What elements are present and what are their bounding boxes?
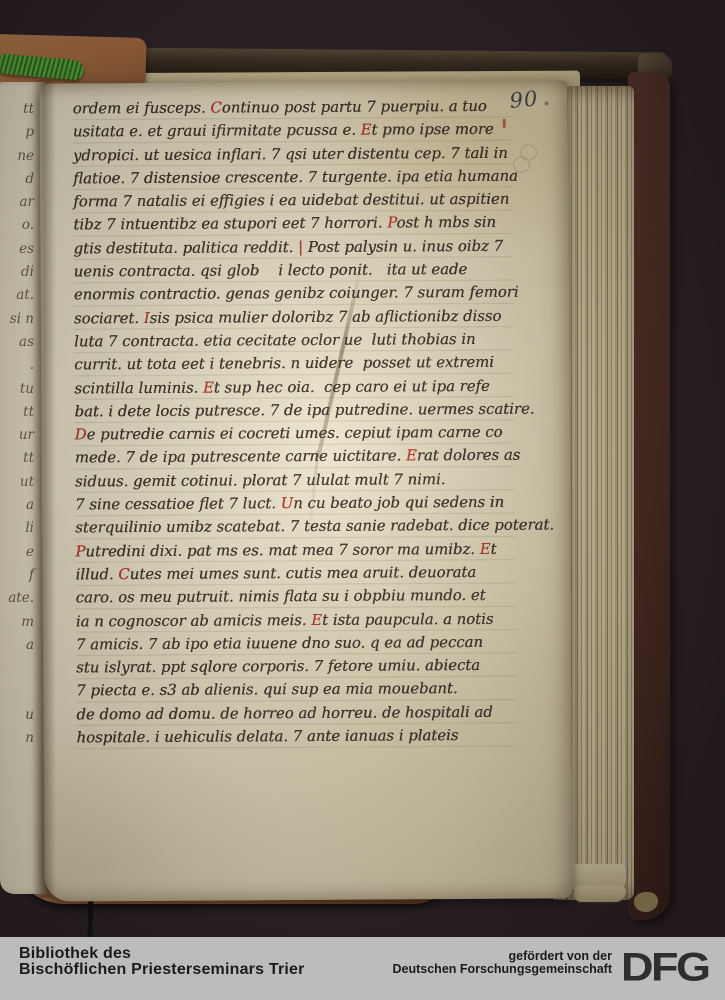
left-page-fragment: ate. xyxy=(0,587,34,610)
rubric-segment: P xyxy=(75,542,85,560)
text-segment: de domo ad domu. de horreo ad horreu. de… xyxy=(76,703,492,724)
rubric-segment: C xyxy=(210,99,221,117)
manuscript-line: ydropici. ut uesica inflari. 7 qsi uter … xyxy=(73,141,509,167)
text-segment: 7 sine cessatioe flet 7 luct. xyxy=(75,494,281,513)
right-cover-edge xyxy=(628,72,670,920)
library-name-line2: Bischöflichen Priesterseminars Trier xyxy=(19,962,305,978)
text-segment: 7 piecta e. s3 ab alienis. qui sup ea mi… xyxy=(76,679,458,699)
rubric-segment: E xyxy=(311,610,322,628)
rubric-segment: E xyxy=(203,378,214,396)
manuscript-line: De putredie carnis ei cocreti umes. cepi… xyxy=(75,421,511,447)
rubric-segment: D xyxy=(75,425,87,443)
left-page-fragment: u xyxy=(0,704,34,727)
left-page-fragment: a xyxy=(0,634,34,657)
left-page-fragment: d xyxy=(0,168,34,191)
text-segment: enormis contractio. genas genibz coiunge… xyxy=(74,283,519,304)
text-segment: illud. xyxy=(75,565,118,583)
text-segment: Post palysin u. inus oibz 7 xyxy=(308,237,503,256)
left-page-fragment: . xyxy=(0,354,34,377)
manuscript-line: flatioe. 7 distensioe crescente. 7 turge… xyxy=(73,165,509,191)
manuscript-page: 90 ordem ei fusceps. Continuo post partu… xyxy=(40,80,573,901)
manuscript-line: ia n cognoscor ab amicis meis. Et ista p… xyxy=(76,607,512,633)
left-page-fragment: tu xyxy=(0,378,34,401)
text-segment: scintilla luminis. xyxy=(74,378,203,397)
gutter-shadow xyxy=(32,80,56,898)
text-segment: hospitale. i uehiculis delata. 7 ante ia… xyxy=(76,726,458,746)
left-page-fragment: n xyxy=(0,727,34,750)
manuscript-line: stu islyrat. ppt sqlore corporis. 7 feto… xyxy=(76,654,512,680)
text-segment: uenis contracta. qsi glob i lecto ponit.… xyxy=(74,260,468,280)
text-segment: rat dolores as xyxy=(417,446,521,465)
text-segment: sis psica mulier doloribz 7 ab afliction… xyxy=(150,306,502,326)
text-segment: sterquilinio umibz scatebat. 7 testa san… xyxy=(75,516,554,537)
left-page-fragment: e xyxy=(0,541,34,564)
text-segment: mede. 7 de ipa putrescente carne uictita… xyxy=(75,447,406,467)
left-page-fragment: si n xyxy=(0,308,34,331)
left-page-fragment: li xyxy=(0,517,34,540)
credit-banner: Bibliothek des Bischöflichen Priestersem… xyxy=(0,937,725,1000)
left-page-text-fragments: ttpnedaro.esdiat.si nas.tutturttutaliefa… xyxy=(0,98,34,750)
rubric-segment: C xyxy=(118,565,129,583)
library-name: Bibliothek des Bischöflichen Priestersem… xyxy=(19,946,305,977)
manuscript-line: hospitale. i uehiculis delata. 7 ante ia… xyxy=(76,724,512,750)
manuscript-line: gtis destituta. palitica reddit. | Post … xyxy=(73,235,509,261)
text-segment: ontinuo post partu 7 puerpiu. a tuo xyxy=(222,97,487,117)
manuscript-line: 7 amicis. 7 ab ipo etia iuuene dno suo. … xyxy=(76,631,512,657)
manuscript-line: bat. i dete locis putresce. 7 de ipa put… xyxy=(74,398,510,424)
manuscript-line: uenis contracta. qsi glob i lecto ponit.… xyxy=(74,258,510,284)
left-page-fragment: tt xyxy=(0,447,34,470)
manuscript-line: usitata e. et graui ifirmitate pcussa e.… xyxy=(73,118,509,144)
manuscript-line: illud. Cutes mei umes sunt. cutis mea ar… xyxy=(75,561,511,587)
manuscript-line: currit. ut tota eet i tenebris. n uidere… xyxy=(74,351,510,377)
folio-number: 90 xyxy=(509,86,540,113)
text-segment: utredini dixi. pat ms es. mat mea 7 soro… xyxy=(85,540,479,560)
text-segment: n cu beato job qui sedens in xyxy=(293,493,504,512)
rubric-segment: U xyxy=(281,494,294,512)
text-segment: flatioe. 7 distensioe crescente. 7 turge… xyxy=(73,167,518,188)
left-page-fragment: tt xyxy=(0,98,34,121)
text-segment: sociaret. xyxy=(74,309,144,327)
text-segment: ost h mbs sin xyxy=(397,213,497,232)
text-segment: ia n cognoscor ab amicis meis. xyxy=(76,611,312,630)
manuscript-line: 7 piecta e. s3 ab alienis. qui sup ea mi… xyxy=(76,677,512,703)
left-page-fragment: at. xyxy=(0,284,34,307)
text-segment: siduus. gemit cotinui. plorat 7 ululat m… xyxy=(75,470,446,490)
manuscript-line: mede. 7 de ipa putrescente carne uictita… xyxy=(75,444,511,470)
folio-dot xyxy=(545,102,549,106)
manuscript-line: sterquilinio umibz scatebat. 7 testa san… xyxy=(75,514,511,540)
text-segment: t ista paupcula. a notis xyxy=(322,609,493,628)
left-page-fragment: o. xyxy=(0,214,34,237)
left-page-fragment: es xyxy=(0,238,34,261)
manuscript-line: de domo ad domu. de horreo ad horreu. de… xyxy=(76,700,512,726)
left-page-fragment: ut xyxy=(0,471,34,494)
funding-credit: gefördert von der Deutschen Forschungsge… xyxy=(393,950,613,975)
text-segment: utes mei umes sunt. cutis mea aruit. deu… xyxy=(130,563,477,583)
manuscript-line: sociaret. Isis psica mulier doloribz 7 a… xyxy=(74,304,510,330)
text-segment: stu islyrat. ppt sqlore corporis. 7 feto… xyxy=(76,656,480,676)
rubric-segment: | xyxy=(298,238,308,256)
left-page-fragment: f xyxy=(0,564,34,587)
manuscript-line: tibz 7 intuentibz ea stupori eet 7 horro… xyxy=(73,211,509,237)
text-segment: forma 7 natalis ei effigies i ea uidebat… xyxy=(73,190,509,211)
text-segment: t xyxy=(490,539,496,557)
text-segment: gtis destituta. palitica reddit. xyxy=(73,238,298,257)
rubric-segment: E xyxy=(406,447,417,465)
left-page-fragment: ur xyxy=(0,424,34,447)
manuscript-line: scintilla luminis. Et sup hec oia. cep c… xyxy=(74,374,510,400)
funding-credit-line1: gefördert von der xyxy=(393,950,613,963)
left-page-fragment: tt xyxy=(0,401,34,424)
text-segment: tibz 7 intuentibz ea stupori eet 7 horro… xyxy=(73,214,387,234)
left-page-fragment: a xyxy=(0,494,34,517)
rubric-segment: E xyxy=(361,121,372,139)
manuscript-line: Putredini dixi. pat ms es. mat mea 7 sor… xyxy=(75,537,511,563)
funding-credit-line2: Deutschen Forschungsgemeinschaft xyxy=(393,963,613,976)
manuscript-line: luta 7 contracta. etia cecitate oclor ue… xyxy=(74,328,510,354)
left-page-fragment: ar xyxy=(0,191,34,214)
manuscript-line: siduus. gemit cotinui. plorat 7 ululat m… xyxy=(75,468,511,494)
worn-leather-patch xyxy=(634,892,658,912)
manuscript-text-block: ordem ei fusceps. Continuo post partu 7 … xyxy=(73,95,517,750)
manuscript-line: forma 7 natalis ei effigies i ea uidebat… xyxy=(73,188,509,214)
manuscript-line: enormis contractio. genas genibz coiunge… xyxy=(74,281,510,307)
left-page-fragment: ne xyxy=(0,145,34,168)
text-segment: e putredie carnis ei cocreti umes. cepiu… xyxy=(87,423,503,444)
rubric-segment: E xyxy=(480,540,491,558)
left-page-fragment: m xyxy=(0,611,34,634)
manuscript-line: caro. os meu putruit. nimis flata su i o… xyxy=(76,584,512,610)
library-name-line1: Bibliothek des xyxy=(19,946,305,962)
text-segment: usitata e. et graui ifirmitate pcussa e. xyxy=(73,121,361,141)
text-segment: currit. ut tota eet i tenebris. n uidere… xyxy=(74,353,494,374)
photo-stage: ttpnedaro.esdiat.si nas.tutturttutaliefa… xyxy=(0,0,725,1000)
left-page-fragment: di xyxy=(0,261,34,284)
left-page-fragment: p xyxy=(0,121,34,144)
page-edge-step xyxy=(574,886,626,902)
text-segment: ydropici. ut uesica inflari. 7 qsi uter … xyxy=(73,143,508,164)
left-page-fragment xyxy=(0,680,34,703)
text-segment: luta 7 contracta. etia cecitate oclor ue… xyxy=(74,330,476,350)
text-segment: t sup hec oia. cep caro ei ut ipa refe xyxy=(214,376,490,396)
left-page-fragment: as xyxy=(0,331,34,354)
manuscript-line: 7 sine cessatioe flet 7 luct. Un cu beat… xyxy=(75,491,511,517)
text-segment: bat. i dete locis putresce. 7 de ipa put… xyxy=(74,399,534,420)
text-segment: t pmo ipse more xyxy=(371,120,493,139)
left-page-fragment xyxy=(0,657,34,680)
text-segment: 7 amicis. 7 ab ipo etia iuuene dno suo. … xyxy=(76,633,483,653)
manuscript-line: ordem ei fusceps. Continuo post partu 7 … xyxy=(73,95,509,121)
dfg-logo: DFG xyxy=(621,941,709,996)
text-segment: caro. os meu putruit. nimis flata su i o… xyxy=(76,586,486,607)
text-segment: ordem ei fusceps. xyxy=(73,99,211,118)
